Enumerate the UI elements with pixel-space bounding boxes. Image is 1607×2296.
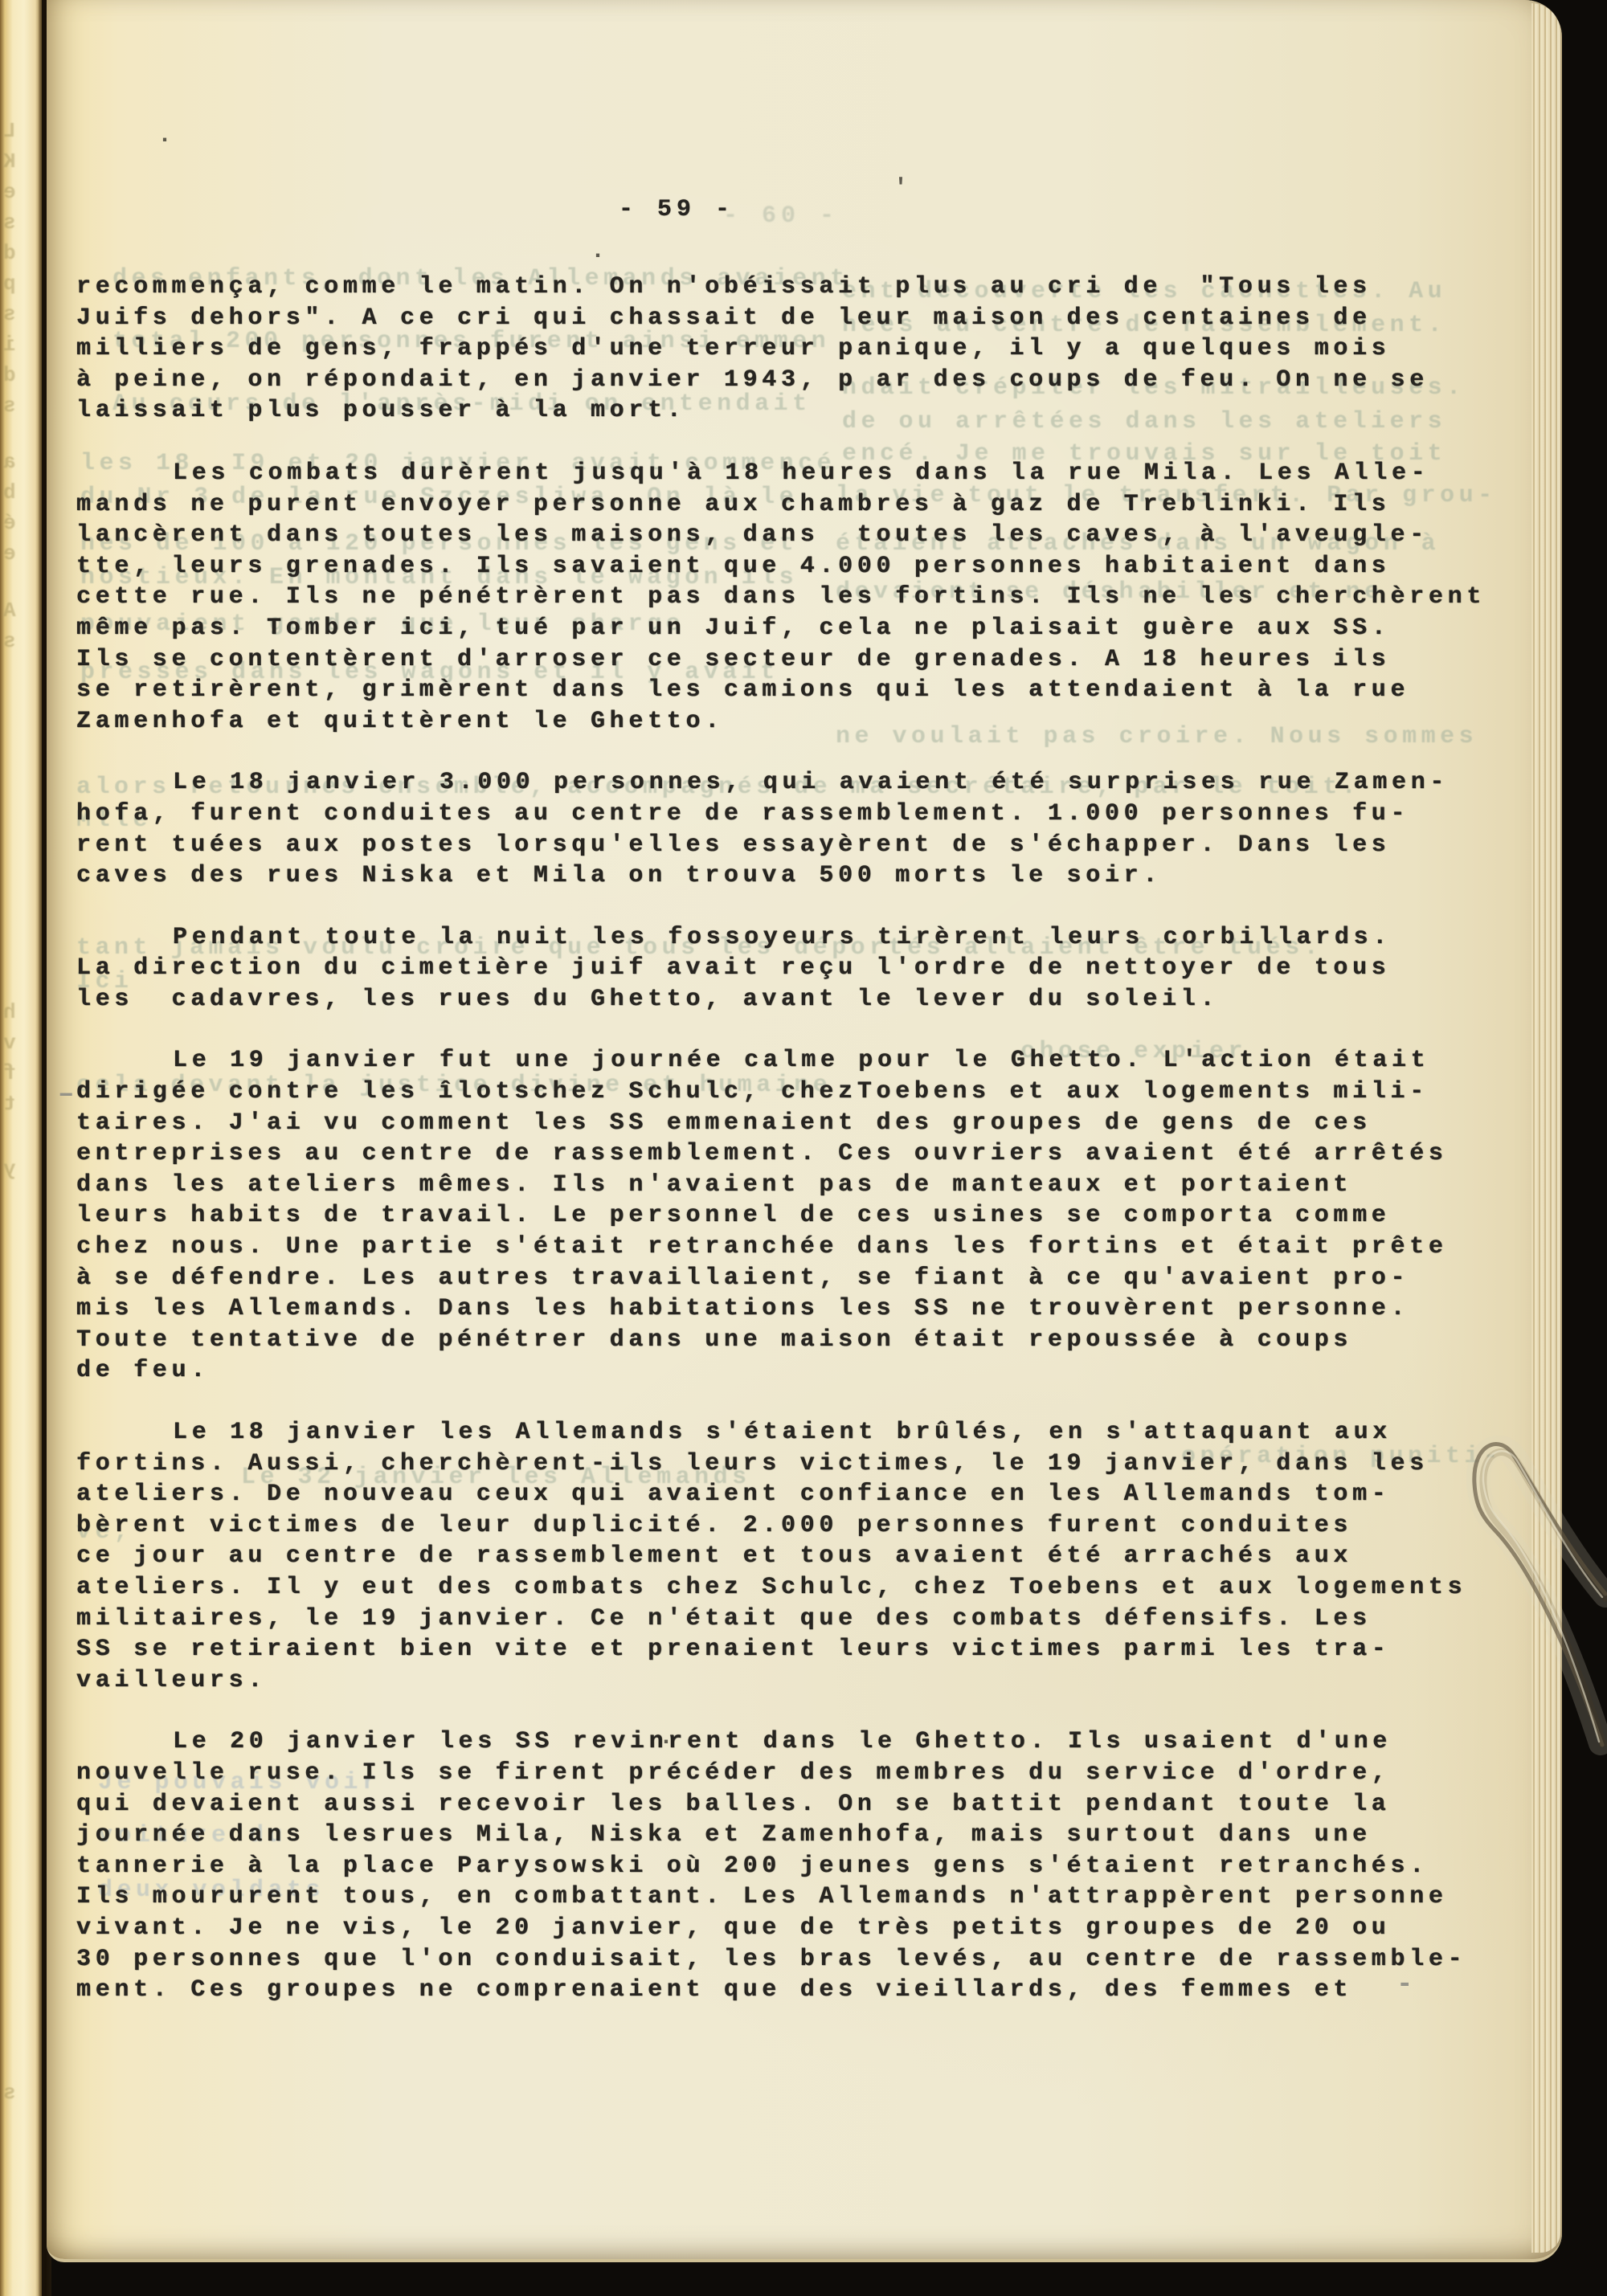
text-line: recommença, comme le matin. On n'obéissa…	[76, 272, 1523, 303]
text-line: Le 20 janvier les SS revinrent dans le G…	[76, 1726, 1523, 1758]
text-line: Toute tentative de pénétrer dans une mai…	[76, 1325, 1523, 1356]
text-line: même pas. Tomber ici, tué par un Juif, c…	[76, 613, 1523, 644]
text-line: se retirèrent, grimèrent dans les camion…	[76, 675, 1523, 706]
text-line: mis les Allemands. Dans les habitations …	[76, 1293, 1523, 1325]
text-line: Ils se contentèrent d'arroser ce secteur…	[76, 644, 1523, 676]
text-line: taires. J'ai vu comment les SS emmenaien…	[76, 1108, 1523, 1139]
smudge-mark: ·	[157, 127, 172, 154]
text-line: Le 18 janvier 3.000 personnes, qui avaie…	[76, 767, 1523, 799]
text-line: hofa, furent conduites au centre de rass…	[76, 799, 1523, 830]
text-line: fortins. Aussi, cherchèrent-ils leurs vi…	[76, 1448, 1523, 1480]
text-line: Le 19 janvier fut une journée calme pour…	[76, 1045, 1523, 1077]
text-line: Zamenhofa et quittèrent le Ghetto.	[76, 706, 1523, 737]
text-line: 30 personnes que l'on conduisait, les br…	[76, 1944, 1523, 1975]
smudge-mark: –	[58, 1080, 74, 1110]
paragraph: recommença, comme le matin. On n'obéissa…	[76, 272, 1523, 427]
text-line: dans les ateliers mêmes. Ils n'avaient p…	[76, 1170, 1523, 1201]
paragraph: Les combats durèrent jusqu'à 18 heures d…	[76, 458, 1523, 737]
paragraph: Le 18 janvier 3.000 personnes, qui avaie…	[76, 767, 1523, 891]
text-line: lancèrent dans toutes les maisons, dans …	[76, 520, 1523, 551]
text-line: dirigée contre les îlotschez Schulc, che…	[76, 1077, 1523, 1108]
text-line: qui devaient aussi recevoir les balles. …	[76, 1789, 1523, 1820]
paragraph: Pendant toute la nuit les fossoyeurs tir…	[76, 922, 1523, 1015]
page-number: - 59 -	[619, 196, 734, 223]
text-line: ment. Ces groupes ne comprenaient que de…	[76, 1975, 1523, 2006]
text-line: Pendant toute la nuit les fossoyeurs tir…	[76, 922, 1523, 954]
smudge-mark: '	[893, 175, 908, 202]
text-line: militaires, le 19 janvier. Ce n'était qu…	[76, 1604, 1523, 1635]
paperclip	[1464, 1407, 1607, 1809]
text-line: les cadavres, les rues du Ghetto, avant …	[76, 984, 1523, 1015]
text-line: SS se retiraient bien vite et prenaient …	[76, 1634, 1523, 1665]
typewritten-text: recommença, comme le matin. On n'obéissa…	[76, 272, 1523, 2037]
text-line: à peine, on répondait, en janvier 1943, …	[76, 365, 1523, 396]
text-line: journée dans lesrues Mila, Niska et Zame…	[76, 1820, 1523, 1851]
text-line: vailleurs.	[76, 1665, 1523, 1697]
text-line: ce jour au centre de rassemblement et to…	[76, 1541, 1523, 1572]
paragraph: Le 19 janvier fut une journée calme pour…	[76, 1045, 1523, 1387]
paragraph: Le 20 janvier les SS revinrent dans le G…	[76, 1726, 1523, 2005]
smudge-mark: -	[1396, 1970, 1413, 2000]
text-line: Ils moururent tous, en combattant. Les A…	[76, 1881, 1523, 1913]
text-line: Juifs dehors". A ce cri qui chassait de …	[76, 303, 1523, 334]
smudge-mark: .	[591, 238, 605, 265]
scanned-book-photo: LKesdpsidsabéeAshvftys des enfants, dont…	[0, 0, 1607, 2296]
text-line: laissait plus pousser à la mort.	[76, 395, 1523, 427]
text-line: La direction du cimetière juif avait reç…	[76, 953, 1523, 984]
text-line: ateliers. De nouveau ceux qui avaient co…	[76, 1479, 1523, 1510]
text-line: caves des rues Niska et Mila on trouva 5…	[76, 860, 1523, 892]
text-line: tannerie à la place Parysowski où 200 je…	[76, 1851, 1523, 1882]
text-line: chez nous. Une partie s'était retranchée…	[76, 1232, 1523, 1263]
text-line: milliers de gens, frappés d'une terreur …	[76, 333, 1523, 365]
text-line: tte, leurs grenades. Ils savaient que 4.…	[76, 551, 1523, 582]
smudge-mark: ·	[659, 1729, 673, 1756]
text-line: mands ne purent envoyer personne aux cha…	[76, 489, 1523, 521]
text-line: vivant. Je ne vis, le 20 janvier, que de…	[76, 1913, 1523, 1944]
ghost-page-number: - 60 -	[723, 202, 839, 230]
text-line: de feu.	[76, 1355, 1523, 1387]
text-line: Le 18 janvier les Allemands s'étaient br…	[76, 1417, 1523, 1448]
text-line: nouvelle ruse. Ils se firent précéder de…	[76, 1758, 1523, 1789]
text-line: bèrent victimes de leur duplicité. 2.000…	[76, 1510, 1523, 1542]
text-line: rent tuées aux postes lorsqu'elles essay…	[76, 830, 1523, 861]
text-line: cette rue. Ils ne pénétrèrent pas dans l…	[76, 582, 1523, 613]
text-line: ateliers. Il y eut des combats chez Schu…	[76, 1572, 1523, 1604]
text-line: Les combats durèrent jusqu'à 18 heures d…	[76, 458, 1523, 489]
text-line: à se défendre. Les autres travaillaient,…	[76, 1263, 1523, 1294]
text-line: entreprises au centre de rassemblement. …	[76, 1138, 1523, 1170]
paragraph: Le 18 janvier les Allemands s'étaient br…	[76, 1417, 1523, 1696]
text-line: leurs habits de travail. Le personnel de…	[76, 1200, 1523, 1232]
